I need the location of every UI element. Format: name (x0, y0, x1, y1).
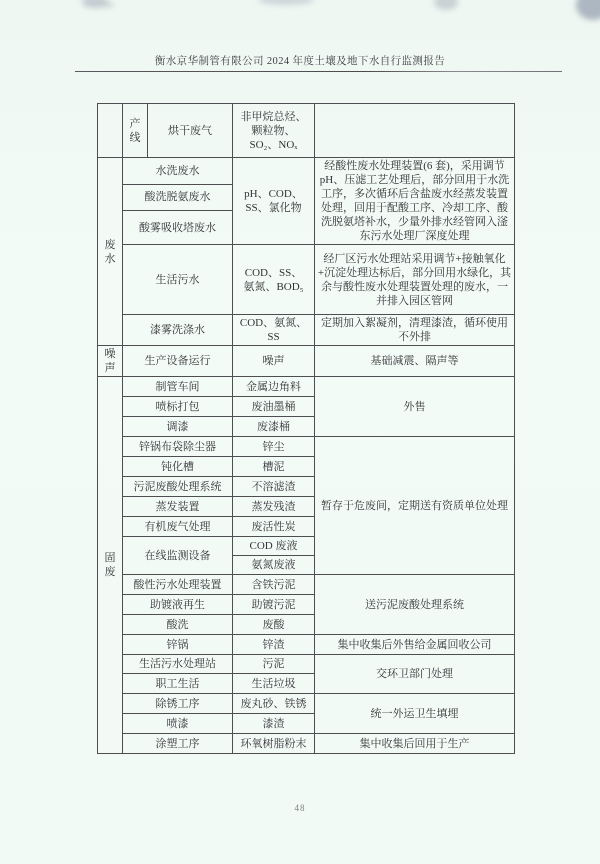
cell-category-noise: 噪声 (98, 346, 123, 377)
cell-source-pipe-workshop: 制管车间 (123, 377, 233, 397)
cell-category-continued (98, 104, 123, 158)
cell-source-acid-mist-tower: 酸雾吸收塔废水 (123, 211, 233, 245)
scan-smudge (82, 0, 108, 8)
cell-source-organic-gas-treatment: 有机废气处理 (123, 517, 233, 537)
cell-treatment-noise: 基础减震、隔声等 (315, 346, 515, 377)
cell-source-marking-packing: 喷标打包 (123, 397, 233, 417)
emission-management-table: 产 线 烘干废气 非甲烷总烃、 颗粒物、 SO₂、NOₓ 废水 水洗废水 pH、… (97, 103, 515, 754)
cell-waste-metal-scrap: 金属边角料 (233, 377, 315, 397)
cell-treatment-sanitary-landfill: 统一外运卫生填埋 (315, 694, 515, 734)
cell-waste-spent-acid: 废酸 (233, 615, 315, 635)
cell-waste-domestic-garbage: 生活垃圾 (233, 674, 315, 694)
cell-source-rust-removal: 除锈工序 (123, 694, 233, 714)
cell-pollutants-paint-mist-water: COD、氨氮、 SS (233, 315, 315, 346)
cell-waste-shot-sand-rust: 废丸砂、铁锈 (233, 694, 315, 714)
cell-waste-evaporation-residue: 蒸发残渣 (233, 497, 315, 517)
cell-source-zinc-pot: 锌锅 (123, 635, 233, 655)
cell-treatment-drying-gas (315, 104, 515, 158)
cell-source-paint-mixing: 调漆 (123, 417, 233, 437)
page-number: 48 (0, 803, 600, 813)
cell-source-zinc-bag-filter: 锌锅布袋除尘器 (123, 437, 233, 457)
cell-subcategory-production-line: 产 线 (123, 104, 148, 158)
cell-source-passivation-tank: 钝化槽 (123, 457, 233, 477)
cell-pollutants-domestic-sewage: COD、SS、 氨氮、BOD₅ (233, 245, 315, 315)
cell-treatment-sludge-acid-system: 送污泥废酸处理系统 (315, 575, 515, 635)
cell-pollutants-acid-group: pH、COD、 SS、氯化物 (233, 158, 315, 245)
cell-source-water-wash: 水洗废水 (123, 158, 233, 185)
cell-pollutants-noise: 噪声 (233, 346, 315, 377)
cell-source-staff-life: 职工生活 (123, 674, 233, 694)
cell-treatment-sanitation-dept: 交环卫部门处理 (315, 655, 515, 694)
header-divider (75, 71, 562, 72)
cell-waste-tank-sludge: 槽泥 (233, 457, 315, 477)
cell-treatment-domestic-sewage: 经厂区污水处理站采用调节+接触氧化+沉淀处理达标后，部分回用水绿化，其余与酸性废… (315, 245, 515, 315)
cell-treatment-acid-group: 经酸性废水处理装置(6 套)，采用调节 pH、压滤工艺处理后，部分回用于水洗工序… (315, 158, 515, 245)
scan-smudge (576, 0, 600, 20)
cell-source-equipment-operation: 生产设备运行 (123, 346, 233, 377)
cell-category-solid-waste: 固废 (98, 377, 123, 754)
scan-smudge (434, 0, 458, 10)
cell-source-domestic-sewage: 生活污水 (123, 245, 233, 315)
cell-waste-iron-sludge: 含铁污泥 (233, 575, 315, 595)
cell-waste-zinc-slag: 锌渣 (233, 635, 315, 655)
cell-source-spray-painting: 喷漆 (123, 714, 233, 734)
report-header-title: 衡水京华制管有限公司 2024 年度土壤及地下水自行监测报告 (0, 53, 600, 68)
cell-source-flux-regeneration: 助镀液再生 (123, 595, 233, 615)
cell-waste-flux-sludge: 助镀污泥 (233, 595, 315, 615)
cell-treatment-reuse-production: 集中收集后回用于生产 (315, 734, 515, 754)
cell-source-pickling: 酸洗 (123, 615, 233, 635)
cell-source-pickling-deammonia: 酸洗脱氨废水 (123, 184, 233, 211)
cell-source-online-monitoring: 在线监测设备 (123, 537, 233, 575)
cell-source-evaporation-device: 蒸发装置 (123, 497, 233, 517)
cell-source-sewage-station: 生活污水处理站 (123, 655, 233, 674)
cell-source-drying-gas: 烘干废气 (148, 104, 233, 158)
cell-waste-paint-barrels: 废漆桶 (233, 417, 315, 437)
cell-waste-paint-residue: 漆渣 (233, 714, 315, 734)
cell-waste-cod-liquid: COD 废液 (233, 537, 315, 556)
scan-smudge (104, 2, 114, 8)
cell-waste-sludge: 污泥 (233, 655, 315, 674)
cell-category-wastewater: 废水 (98, 158, 123, 346)
cell-waste-insoluble-residue: 不溶滤渣 (233, 477, 315, 497)
cell-waste-ink-barrels: 废油墨桶 (233, 397, 315, 417)
scan-smudge (258, 0, 314, 5)
cell-waste-epoxy-powder: 环氧树脂粉末 (233, 734, 315, 754)
cell-source-plastic-coating: 涂塑工序 (123, 734, 233, 754)
cell-treatment-hazardous-storage: 暂存于危废间，定期送有资质单位处理 (315, 437, 515, 575)
cell-waste-activated-carbon: 废活性炭 (233, 517, 315, 537)
cell-treatment-paint-mist-water: 定期加入絮凝剂，清理漆渣，循环使用不外排 (315, 315, 515, 346)
cell-source-paint-mist-water: 漆雾洗涤水 (123, 315, 233, 346)
cell-source-acid-sewage-device: 酸性污水处理装置 (123, 575, 233, 595)
cell-treatment-sold-externally: 外售 (315, 377, 515, 437)
scanned-report-page: 衡水京华制管有限公司 2024 年度土壤及地下水自行监测报告 产 线 烘干废气 … (0, 0, 600, 864)
cell-waste-ammonia-liquid: 氨氮废液 (233, 556, 315, 575)
cell-waste-zinc-dust: 锌尘 (233, 437, 315, 457)
cell-pollutants-drying-gas: 非甲烷总烃、 颗粒物、 SO₂、NOₓ (233, 104, 315, 158)
cell-source-sludge-acid-system: 污泥废酸处理系统 (123, 477, 233, 497)
cell-treatment-metal-recycling: 集中收集后外售给金属回收公司 (315, 635, 515, 655)
